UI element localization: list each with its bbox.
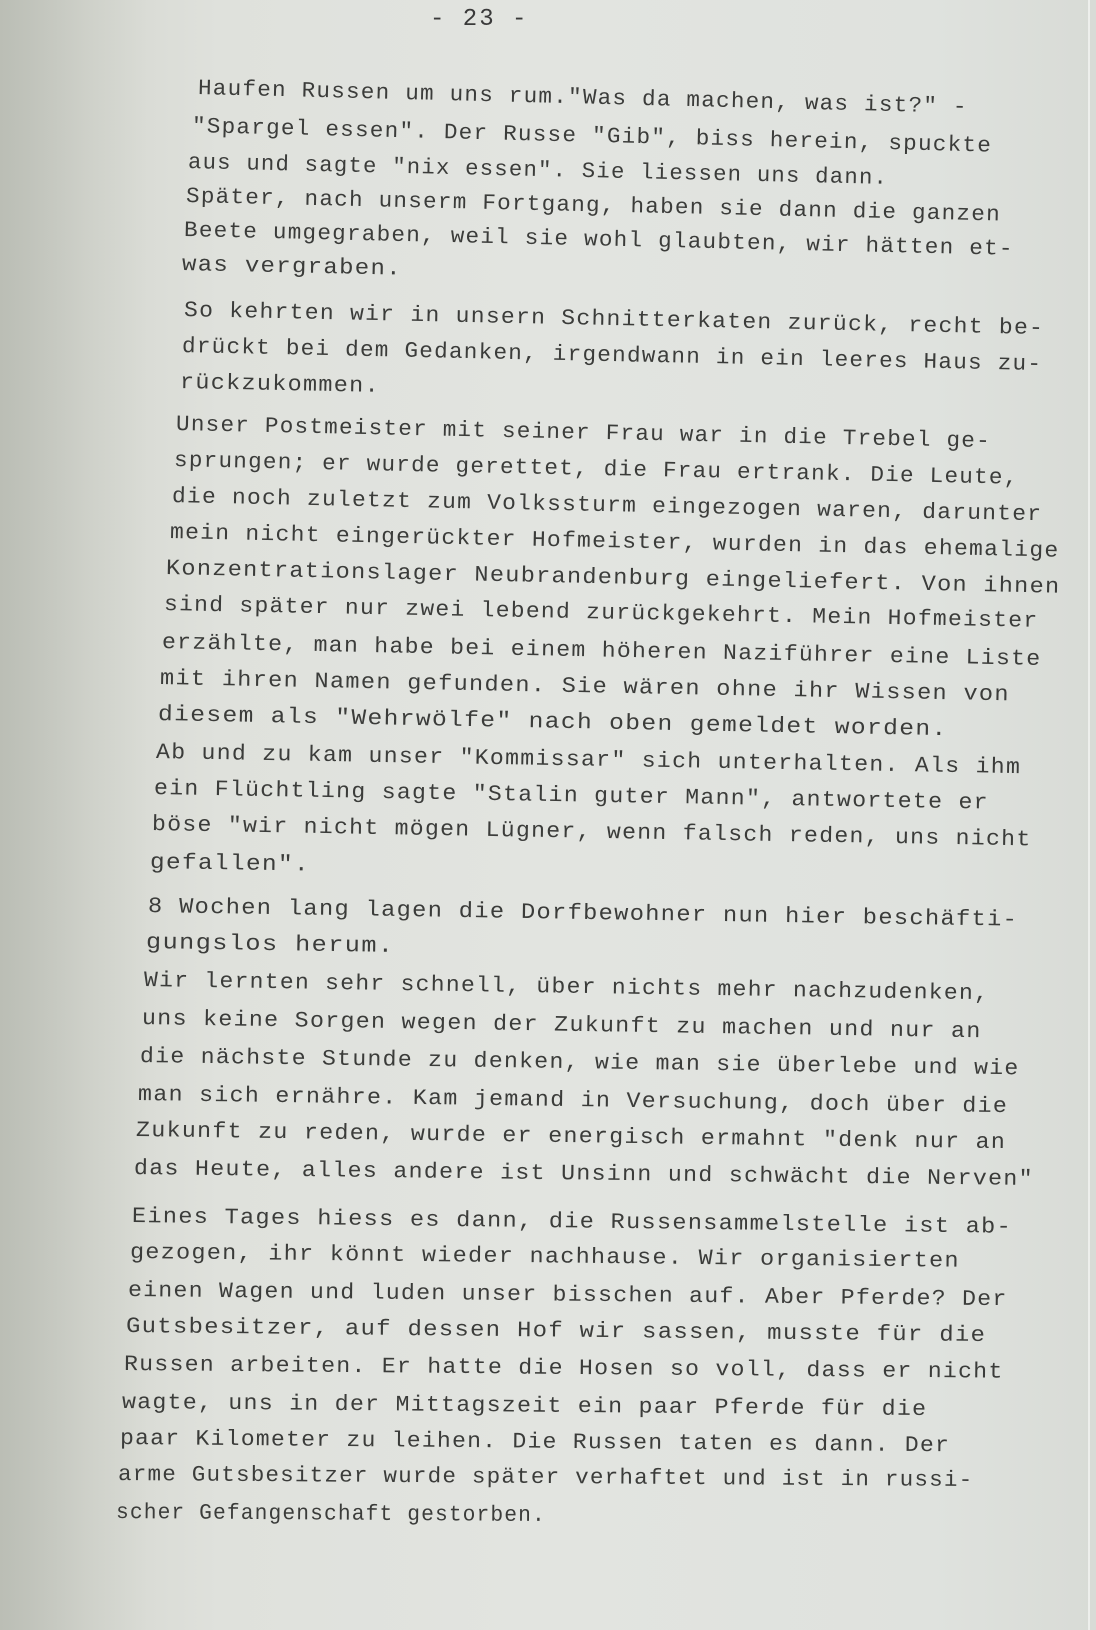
- text-line: erzählte, man habe bei einem höheren Naz…: [162, 630, 1042, 672]
- text-line: Wir lernten sehr schnell, über nichts me…: [144, 968, 990, 1006]
- text-line: einen Wagen und luden unser bisschen auf…: [128, 1278, 1008, 1312]
- text-line: rückzukommen.: [180, 370, 380, 399]
- text-line: uns keine Sorgen wegen der Zukunft zu ma…: [142, 1006, 982, 1044]
- text-line: Unser Postmeister mit seiner Frau war in…: [176, 412, 991, 454]
- text-line: scher Gefangenschaft gestorben.: [116, 1500, 546, 1528]
- text-line: Eines Tages hiess es dann, die Russensam…: [132, 1204, 1012, 1240]
- page-shadow-left: [0, 0, 150, 1630]
- text-line: mein nicht eingerückter Hofmeister, wurd…: [170, 520, 1060, 564]
- text-line: diesem als "Wehrwölfe" nach oben gemelde…: [158, 702, 948, 742]
- page-number: - 23 -: [430, 6, 528, 33]
- text-line: die noch zuletzt zum Volkssturm eingezog…: [172, 484, 1043, 527]
- text-line: sind später nur zwei lebend zurückgekehr…: [164, 592, 1039, 634]
- document-page: - 23 - Haufen Russen um uns rum."Was da …: [0, 0, 1096, 1630]
- text-line: wagte, uns in der Mittagszeit ein paar P…: [122, 1390, 927, 1422]
- text-line: böse "wir nicht mögen Lügner, wenn falsc…: [152, 812, 1032, 852]
- text-line: So kehrten wir in unsern Schnitterkaten …: [184, 298, 1045, 341]
- text-line: Zukunft zu reden, wurde er energisch erm…: [136, 1118, 1006, 1155]
- text-line: aus und sagte "nix essen". Sie liessen u…: [188, 150, 889, 191]
- text-line: das Heute, alles andere ist Unsinn und s…: [134, 1156, 1034, 1192]
- text-line: die nächste Stunde zu denken, wie man si…: [140, 1044, 1020, 1081]
- text-line: man sich ernähre. Kam jemand in Versuchu…: [138, 1082, 1008, 1119]
- text-line: was vergraben.: [182, 252, 402, 282]
- page-edge-right: [1088, 0, 1090, 1630]
- text-line: arme Gutsbesitzer wurde später verhaftet…: [118, 1462, 974, 1493]
- text-line: drückt bei dem Gedanken, irgendwann in e…: [182, 334, 1043, 377]
- text-line: Gutsbesitzer, auf dessen Hof wir sassen,…: [126, 1314, 986, 1348]
- text-line: 8 Wochen lang lagen die Dorfbewohner nun…: [148, 894, 1019, 933]
- text-line: Russen arbeiten. Er hatte die Hosen so v…: [124, 1352, 1004, 1385]
- text-line: sprungen; er wurde gerettet, die Frau er…: [174, 448, 1019, 491]
- text-line: mit ihren Namen gefunden. Sie wären ohne…: [160, 666, 1010, 707]
- text-line: gezogen, ihr könnt wieder nachhause. Wir…: [130, 1240, 960, 1274]
- text-line: gungslos herum.: [146, 930, 395, 959]
- text-line: Ab und zu kam unser "Kommissar" sich unt…: [156, 740, 1022, 780]
- text-line: ein Flüchtling sagte "Stalin guter Mann"…: [154, 776, 989, 816]
- text-line: gefallen".: [150, 850, 310, 878]
- text-line: paar Kilometer zu leihen. Die Russen tat…: [120, 1426, 950, 1458]
- text-line: Konzentrationslager Neubrandenburg einge…: [166, 556, 1061, 600]
- text-line: Haufen Russen um uns rum."Was da machen,…: [198, 76, 968, 120]
